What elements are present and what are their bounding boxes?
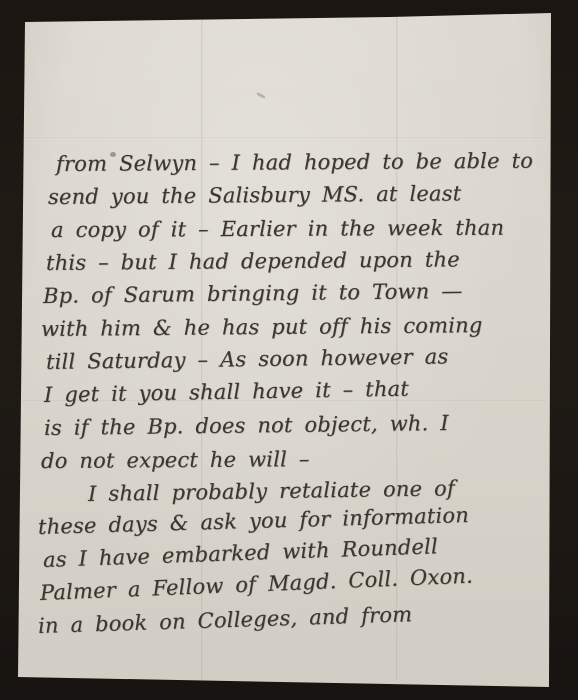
pencil-smudge (256, 92, 266, 99)
handwriting: from Selwyn – I had hoped to be able to … (38, 148, 560, 643)
handwriting-line: from Selwyn – I had hoped to be able to (56, 144, 560, 181)
fold-crease-upper (22, 137, 546, 139)
handwriting-line: send you the Salisbury MS. at least (48, 177, 560, 214)
photo-background: from Selwyn – I had hoped to be able to … (0, 0, 578, 700)
handwriting-line: is if the Bp. does not object, wh. I (44, 406, 560, 445)
handwriting-line: Bp. of Sarum bringing it to Town — (43, 274, 560, 313)
letter-page: from Selwyn – I had hoped to be able to … (0, 0, 578, 700)
handwriting-line: a copy of it – Earlier in the week than (51, 211, 560, 247)
